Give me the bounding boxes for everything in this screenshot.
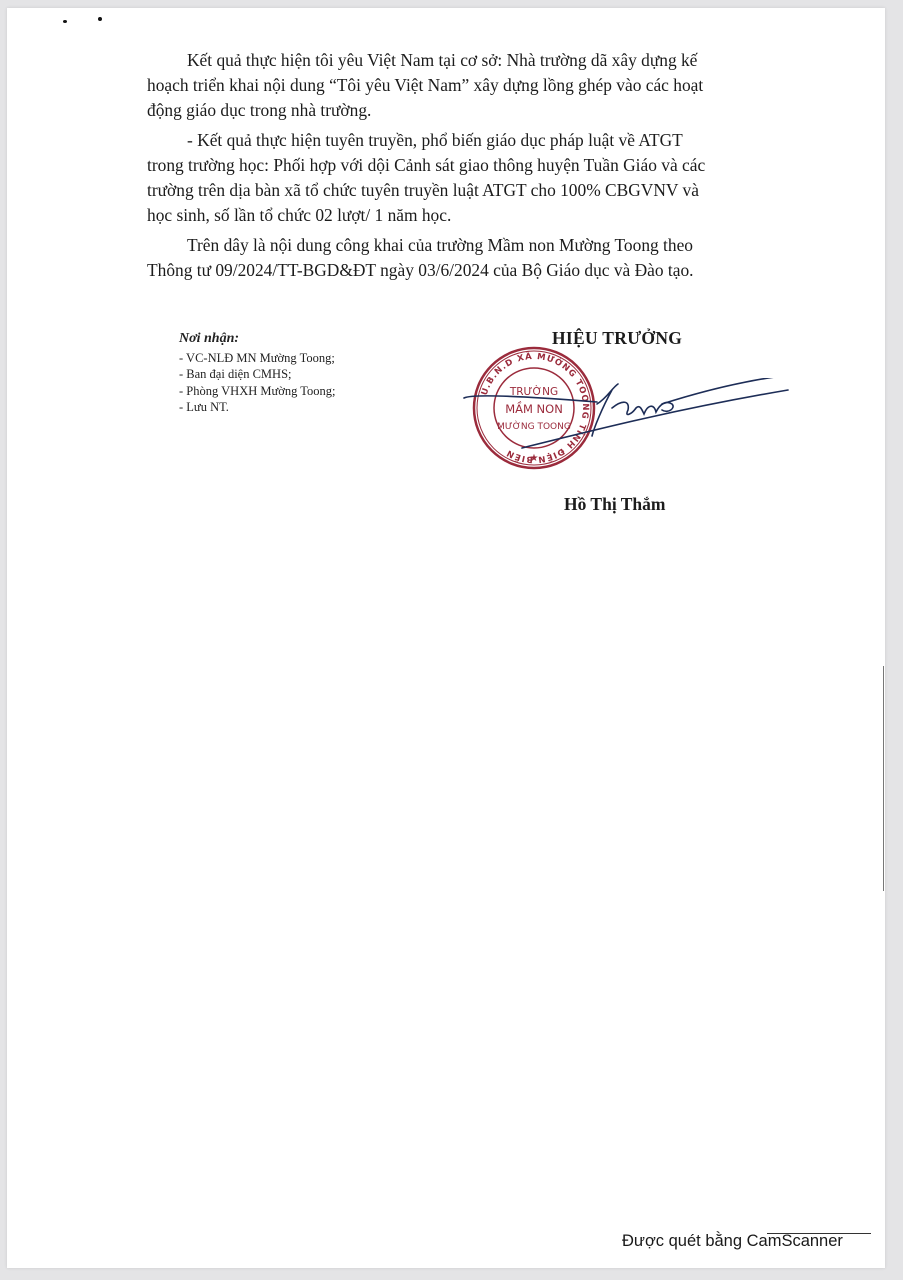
text-line: - Kết quả thực hiện tuyên truyền, phổ bi…: [147, 128, 812, 153]
recipient-item: - Ban đại diện CMHS;: [179, 366, 336, 383]
text-line: trong trường học: Phối hợp với dội Cảnh …: [107, 153, 812, 178]
text-line: hoạch triển khai nội dung “Tôi yêu Việt …: [107, 73, 812, 98]
recipient-item: - VC-NLĐ MN Mường Toong;: [179, 350, 336, 367]
text-line: Thông tư 09/2024/TT-BGD&ĐT ngày 03/6/202…: [107, 258, 812, 283]
recipient-item: - Phòng VHXH Mường Toong;: [179, 383, 336, 400]
text-line: Kết quả thực hiện tôi yêu Việt Nam tại c…: [147, 48, 812, 73]
scan-artifact-line: [883, 666, 884, 891]
recipients-list: Nơi nhận: - VC-NLĐ MN Mường Toong; - Ban…: [179, 331, 336, 416]
text-line: động giáo dục trong nhà trường.: [107, 98, 812, 123]
text-line: học sinh, số lần tổ chức 02 lượt/ 1 năm …: [107, 203, 812, 228]
signer-name: Hồ Thị Thắm: [564, 494, 665, 515]
scan-speck: [98, 17, 102, 21]
handwritten-signature: [462, 378, 792, 458]
paragraph-closing: Trên dây là nội dung công khai của trườn…: [147, 233, 812, 283]
paragraph-vietnam-love: Kết quả thực hiện tôi yêu Việt Nam tại c…: [147, 48, 812, 123]
text-line: trường trên dịa bàn xã tổ chức tuyên tru…: [107, 178, 812, 203]
body-text: Kết quả thực hiện tôi yêu Việt Nam tại c…: [147, 48, 812, 288]
paragraph-traffic-safety: - Kết quả thực hiện tuyên truyền, phổ bi…: [147, 128, 812, 228]
camscanner-watermark: Được quét bằng CamScanner: [622, 1232, 843, 1251]
document-page: Kết quả thực hiện tôi yêu Việt Nam tại c…: [7, 8, 885, 1268]
recipients-label: Nơi nhận:: [179, 331, 336, 348]
recipient-item: - Lưu NT.: [179, 399, 336, 416]
scan-speck: [63, 20, 67, 23]
text-line: Trên dây là nội dung công khai của trườn…: [147, 233, 812, 258]
